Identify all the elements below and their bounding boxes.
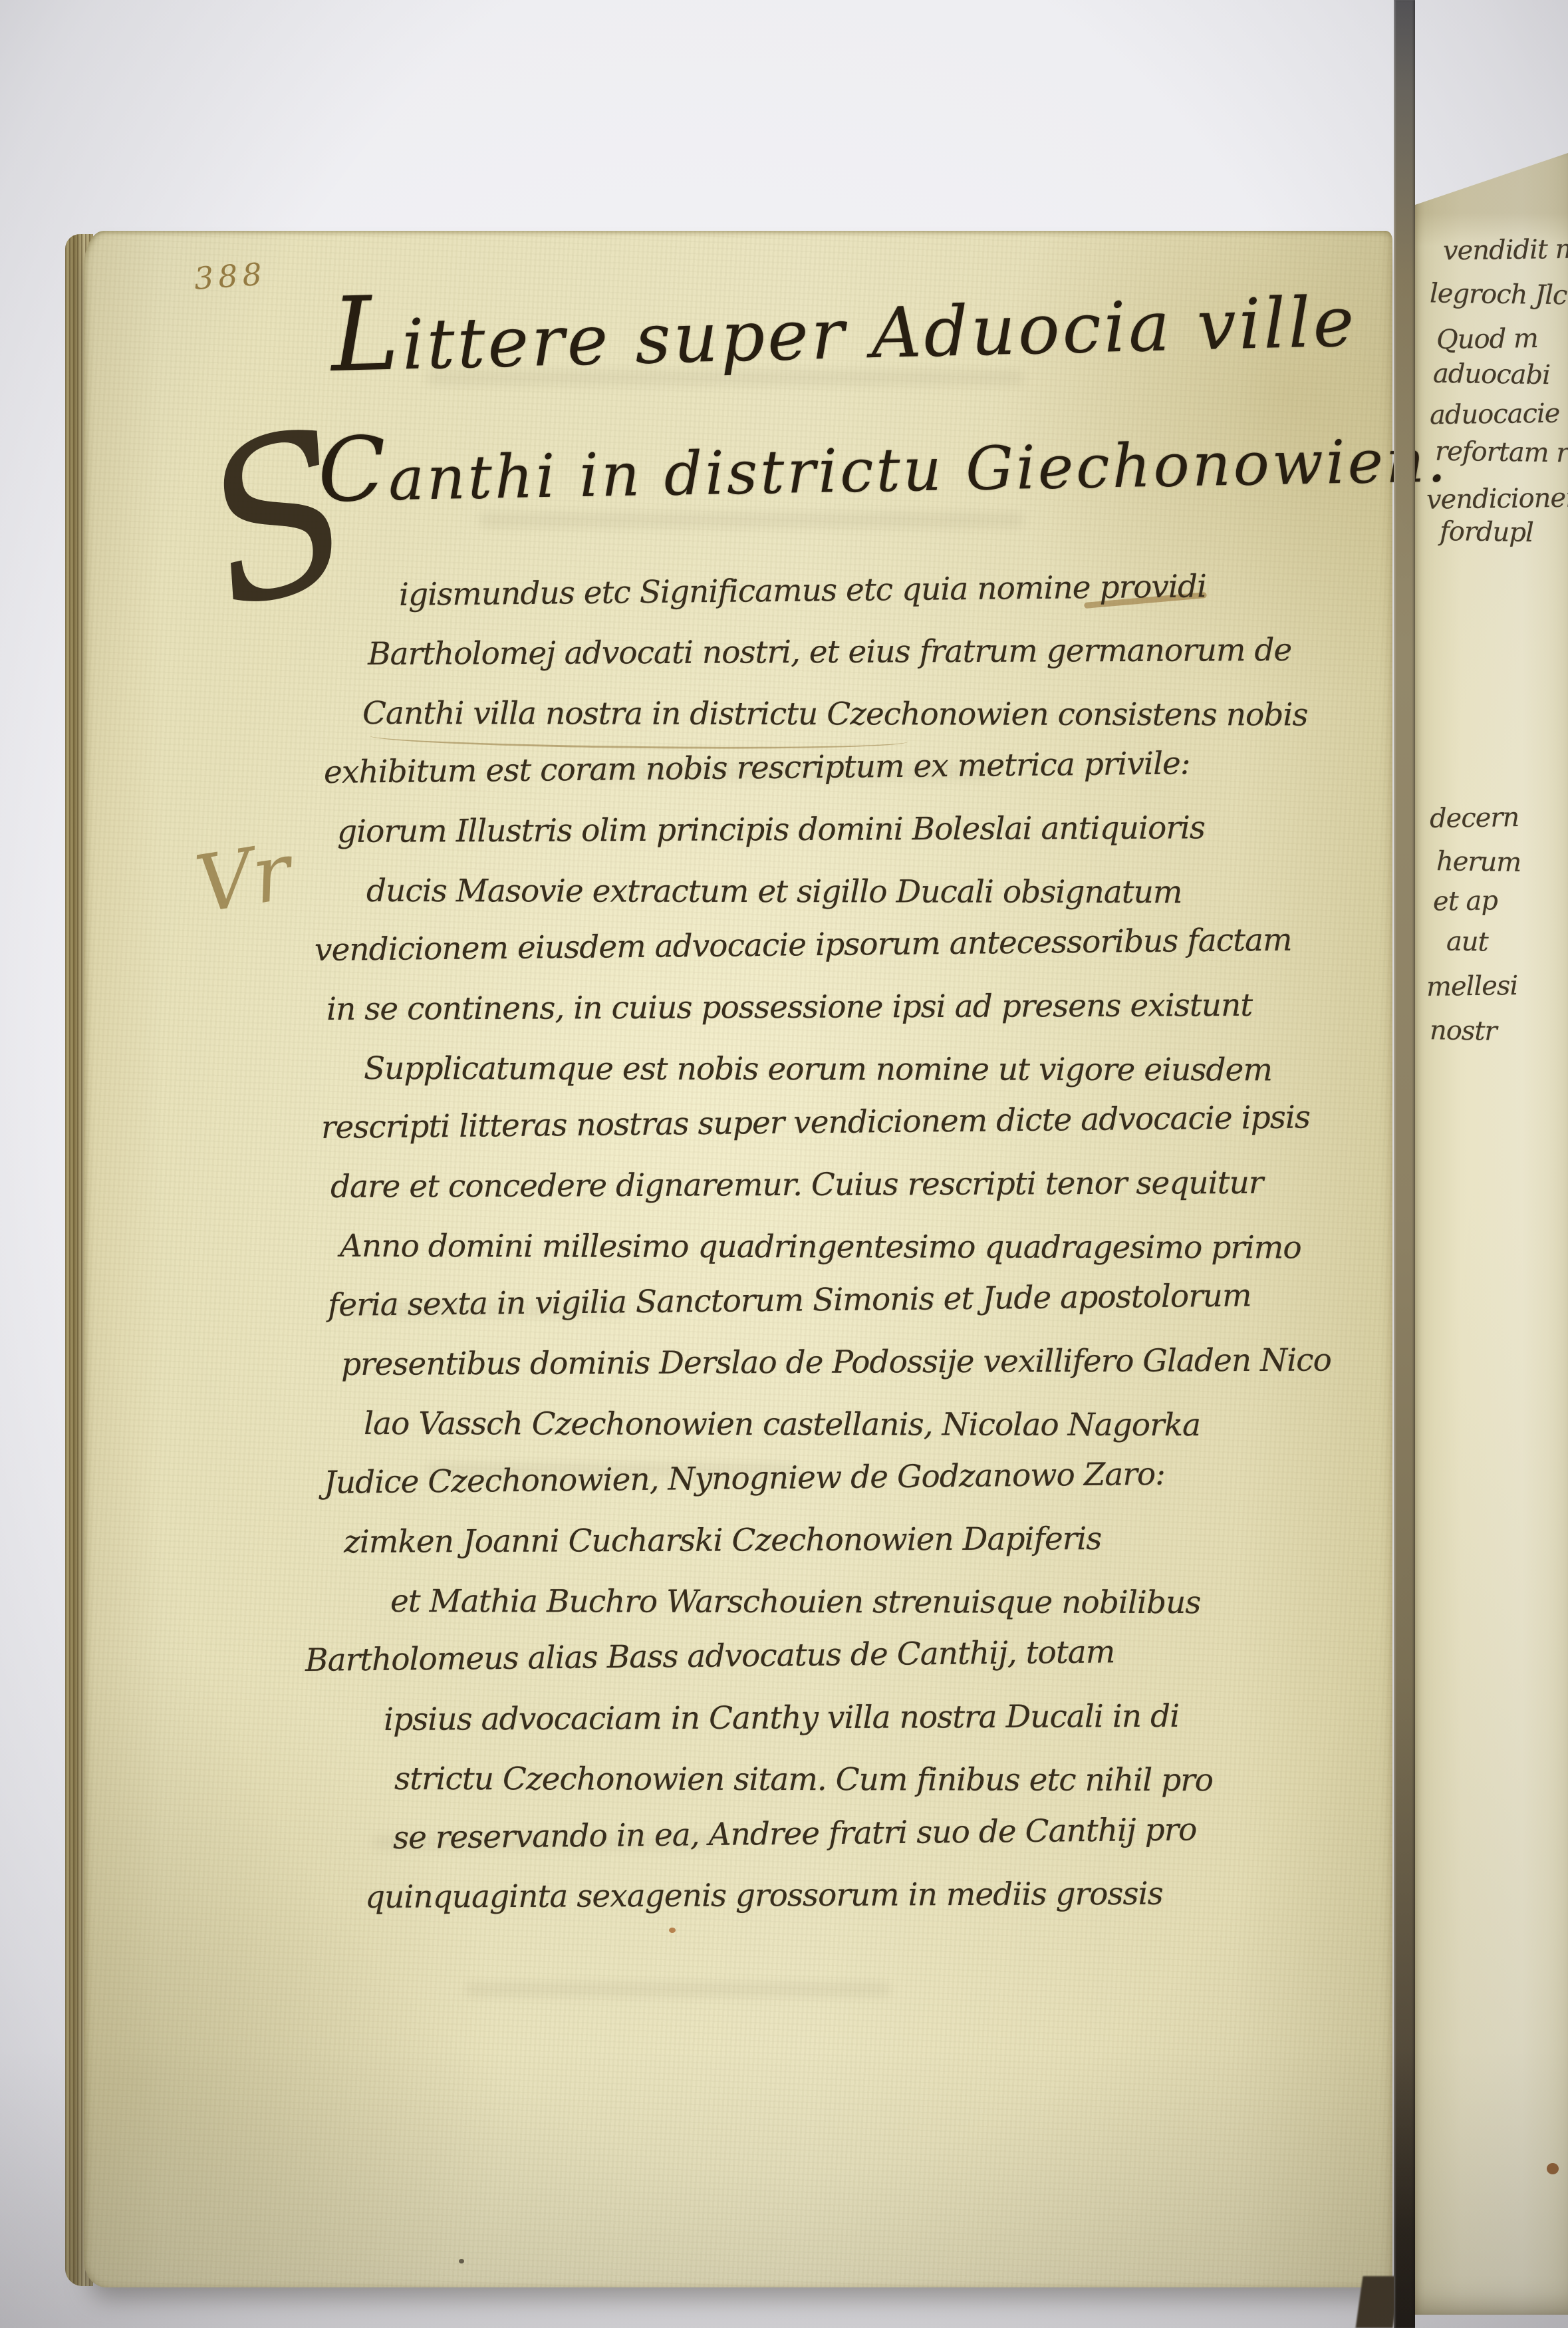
showthrough-band <box>346 1304 625 1317</box>
binding-rod <box>1394 0 1415 2328</box>
stain-spot <box>1547 2163 1559 2174</box>
margin-mark: Vr <box>190 825 297 931</box>
showthrough-band <box>585 765 997 780</box>
stain-spot <box>669 1928 676 1933</box>
showthrough-band <box>372 1836 718 1849</box>
showthrough-band <box>479 512 1024 528</box>
stain-spot <box>459 2259 464 2263</box>
folio-number: 388 <box>193 255 267 296</box>
showthrough-band <box>426 1463 798 1477</box>
showthrough-band <box>465 1982 891 1997</box>
manuscript-photo: { "page": { "folio_number": "388", "titl… <box>0 0 1568 2328</box>
